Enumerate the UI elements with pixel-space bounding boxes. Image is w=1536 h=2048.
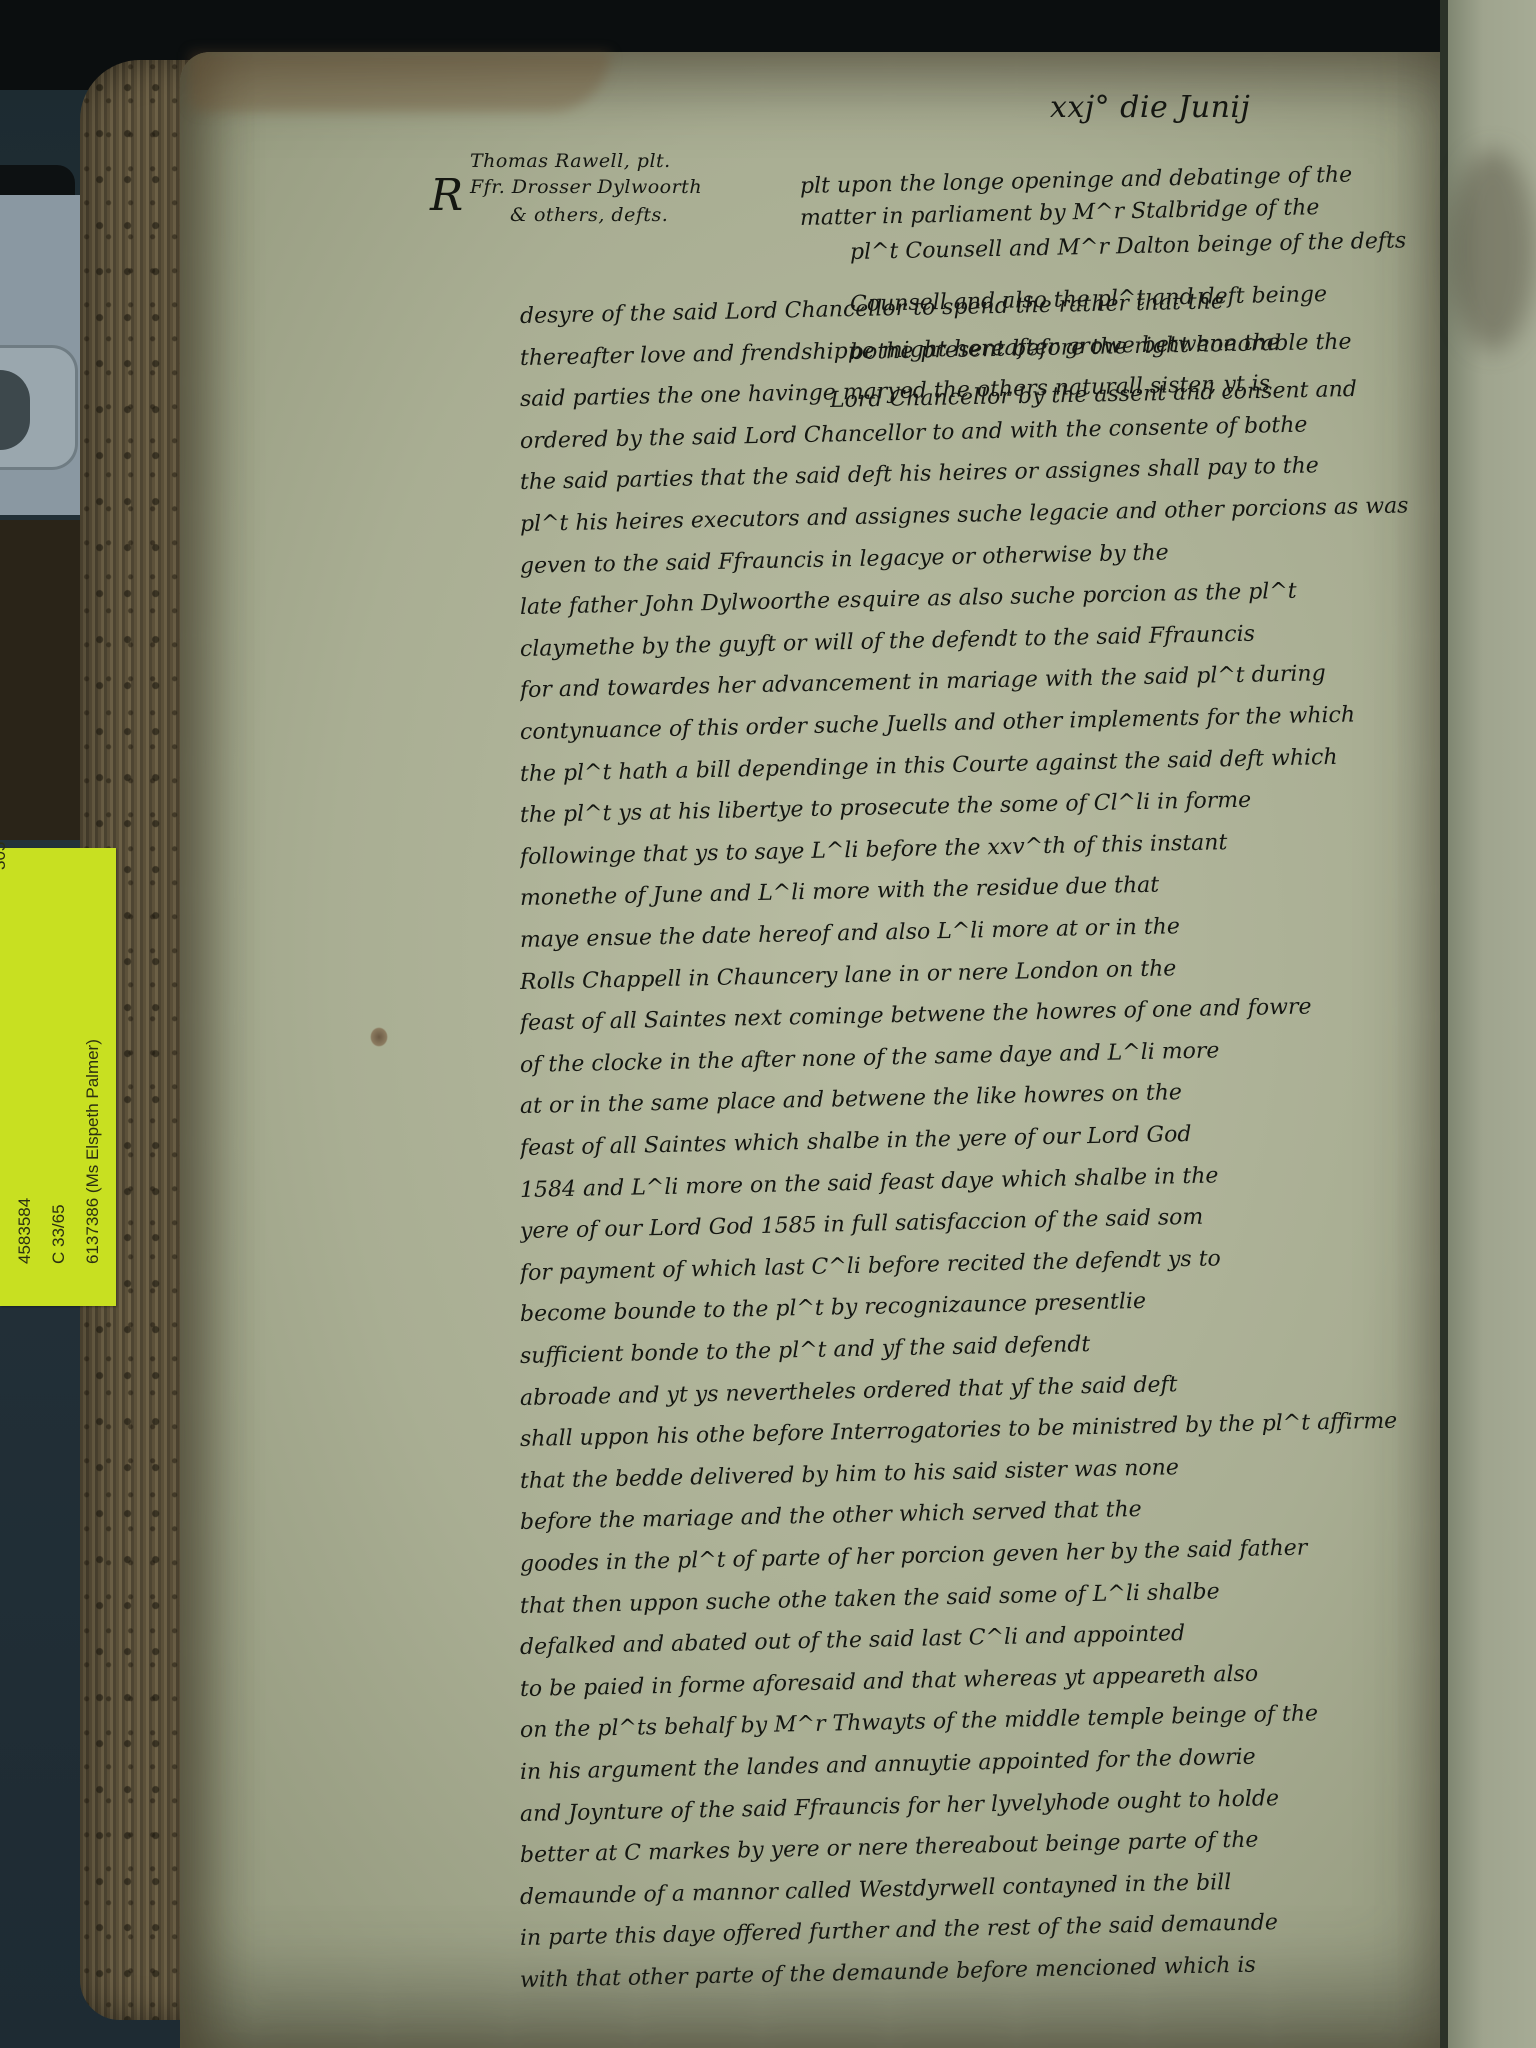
manuscript-line: feast of all Saintes which shalbe in the… bbox=[520, 1113, 1536, 1161]
manuscript-line: 1584 and L^li more on the said feast day… bbox=[520, 1155, 1536, 1203]
manuscript-line: to be paied in forme aforesaid and that … bbox=[520, 1654, 1536, 1702]
manuscript-line: shall uppon his othe before Interrogator… bbox=[520, 1404, 1536, 1452]
manuscript-line: in parte this daye offered further and t… bbox=[520, 1904, 1536, 1952]
manuscript-line: for and towardes her advancement in mari… bbox=[520, 656, 1536, 704]
opening-line: matter in parliament by M^r Stalbridge o… bbox=[800, 195, 1320, 231]
manuscript-line: monethe of June and L^li more with the r… bbox=[520, 864, 1536, 912]
manuscript-line: pl^t his heires executors and assignes s… bbox=[520, 489, 1536, 537]
manuscript-line: the pl^t hath a bill dependinge in this … bbox=[520, 739, 1536, 787]
manuscript-line: that then uppon suche othe taken the sai… bbox=[520, 1571, 1536, 1619]
manuscript-page: xxj° die Junij R Thomas Rawell, plt. Ffr… bbox=[180, 52, 1440, 2048]
manuscript-line: claymethe by the guyft or will of the de… bbox=[520, 614, 1536, 662]
margin-note-line: Thomas Rawell, plt. bbox=[470, 150, 671, 172]
manuscript-line: sufficient bonde to the pl^t and yf the … bbox=[520, 1321, 1536, 1369]
book-stand-ledge bbox=[0, 520, 90, 840]
manuscript-line: and Joynture of the said Ffrauncis for h… bbox=[520, 1779, 1536, 1827]
manuscript-line: at or in the same place and betwene the … bbox=[520, 1072, 1536, 1120]
manuscript-line: demaunde of a mannor called Westdyrwell … bbox=[520, 1862, 1536, 1910]
margin-note-line: Ffr. Drosser Dylwoorth bbox=[470, 176, 702, 198]
manuscript-line: ordered by the said Lord Chancellor to a… bbox=[520, 406, 1536, 454]
label-document-id: 4583584 bbox=[8, 862, 42, 1264]
manuscript-line: followinge that ys to saye L^li before t… bbox=[520, 822, 1536, 870]
manuscript-line: feast of all Saintes next cominge betwen… bbox=[520, 988, 1536, 1036]
manuscript-line: the said parties that the said deft his … bbox=[520, 448, 1536, 496]
margin-mark-r: R bbox=[430, 170, 464, 221]
page-gutter bbox=[1440, 0, 1448, 2048]
manuscript-line: for payment of which last C^li before re… bbox=[520, 1238, 1536, 1286]
page-heading-date: xxj° die Junij bbox=[1050, 90, 1250, 125]
manuscript-line: late father John Dylwoorthe esquire as a… bbox=[520, 572, 1536, 620]
facing-page-shadow bbox=[1450, 150, 1536, 350]
manuscript-line: thereafter love and frendshippe might he… bbox=[520, 323, 1536, 371]
opening-line: pl^t Counsell and M^r Dalton beinge of t… bbox=[850, 228, 1407, 265]
label-order-ref: 6137386 (Ms Elspeth Palmer) bbox=[76, 862, 110, 1264]
manuscript-line: that the bedde delivered by him to his s… bbox=[520, 1446, 1536, 1494]
manuscript-line: the pl^t ys at his libertye to prosecute… bbox=[520, 780, 1536, 828]
water-stain bbox=[190, 52, 610, 112]
manuscript-line: contynuance of this order suche Juells a… bbox=[520, 697, 1536, 745]
manuscript-line: of the clocke in the after none of the s… bbox=[520, 1030, 1536, 1078]
manuscript-line: with that other parte of the demaunde be… bbox=[520, 1945, 1536, 1993]
archive-reference-label: 305 4583584 C 33/65 6137386 (Ms Elspeth … bbox=[0, 848, 116, 1306]
manuscript-line: abroade and yt ys nevertheles ordered th… bbox=[520, 1363, 1536, 1411]
manuscript-line: goodes in the pl^t of parte of her porci… bbox=[520, 1529, 1536, 1577]
manuscript-line: maye ensue the date hereof and also L^li… bbox=[520, 905, 1536, 953]
manuscript-line: in his argument the landes and annuytie … bbox=[520, 1737, 1536, 1785]
manuscript-line: before the mariage and the other which s… bbox=[520, 1488, 1536, 1536]
ink-blot bbox=[370, 1027, 388, 1047]
manuscript-line: geven to the said Ffrauncis in legacye o… bbox=[520, 531, 1536, 579]
manuscript-line: defalked and abated out of the said last… bbox=[520, 1612, 1536, 1660]
label-catalogue-ref: C 33/65 bbox=[42, 862, 76, 1264]
manuscript-line: yere of our Lord God 1585 in full satisf… bbox=[520, 1196, 1536, 1244]
manuscript-line: on the pl^ts behalf by M^r Thwayts of th… bbox=[520, 1696, 1536, 1744]
label-text-block: 4583584 C 33/65 6137386 (Ms Elspeth Palm… bbox=[0, 848, 116, 1306]
opening-line: plt upon the longe openinge and debating… bbox=[800, 162, 1353, 199]
manuscript-line: Rolls Chappell in Chauncery lane in or n… bbox=[520, 947, 1536, 995]
manuscript-line: become bounde to the pl^t by recognizaun… bbox=[520, 1280, 1536, 1328]
manuscript-line: better at C markes by yere or nere there… bbox=[520, 1820, 1536, 1868]
margin-note-line: & others, defts. bbox=[510, 204, 668, 226]
